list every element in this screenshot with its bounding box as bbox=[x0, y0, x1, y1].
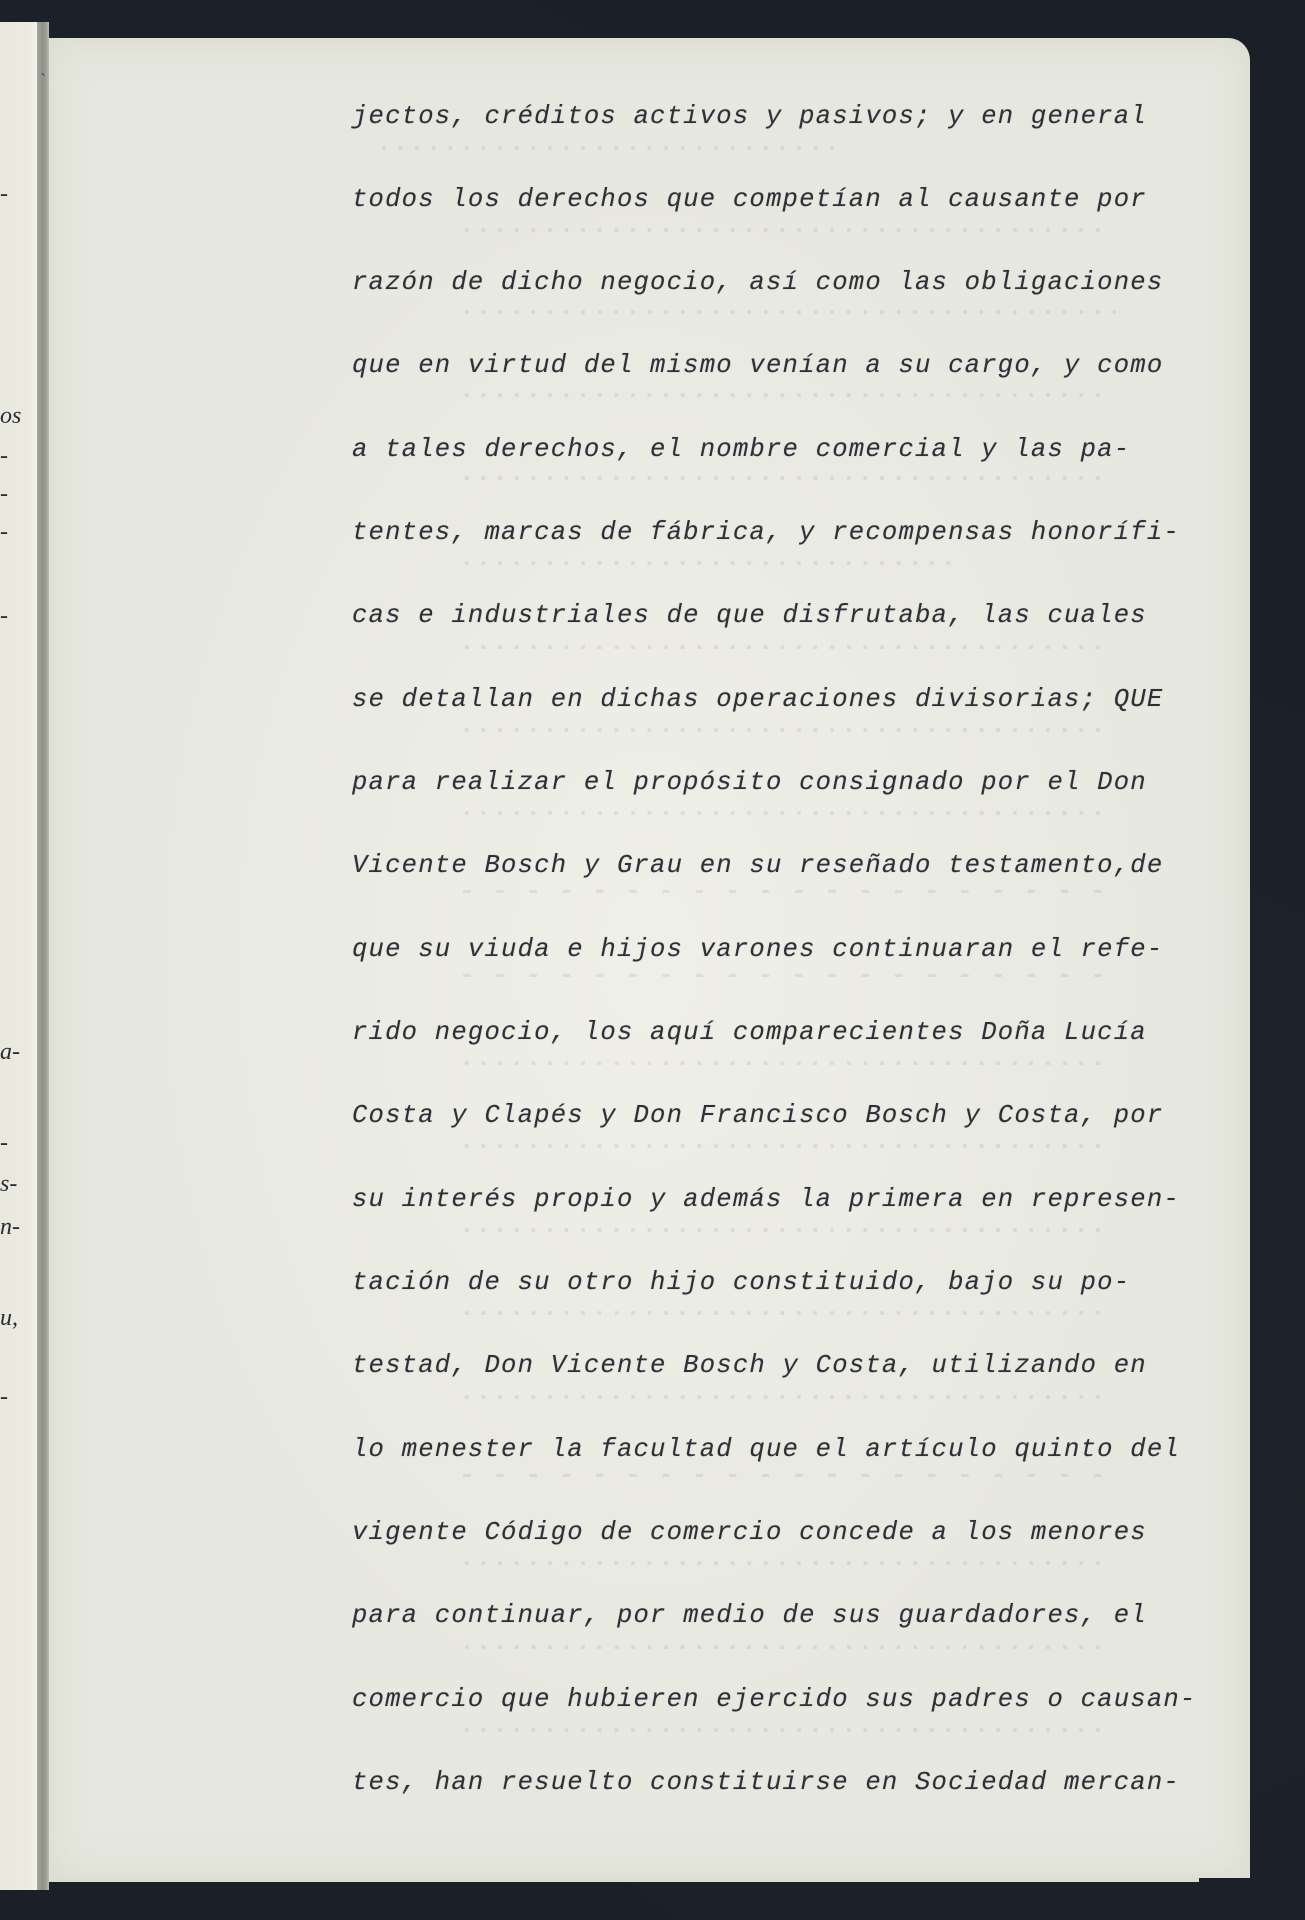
corner-mark: ˋ bbox=[40, 70, 46, 91]
margin-fragment: - bbox=[0, 182, 8, 206]
text-line: Vicente Bosch y Grau en su reseñado test… bbox=[352, 853, 1163, 879]
text-line: para realizar el propósito consignado po… bbox=[352, 770, 1147, 796]
text-line: testad, Don Vicente Bosch y Costa, utili… bbox=[352, 1353, 1147, 1379]
text-line: rido negocio, los aquí comparecientes Do… bbox=[352, 1020, 1147, 1046]
margin-fragment: - bbox=[0, 1131, 8, 1155]
text-line: todos los derechos que competían al caus… bbox=[352, 187, 1147, 213]
binding-gutter bbox=[37, 22, 49, 1890]
margin-fragment: - bbox=[0, 520, 8, 544]
margin-fragment: - bbox=[0, 1385, 8, 1409]
text-line: comercio que hubieren ejercido sus padre… bbox=[352, 1687, 1197, 1713]
margin-fragment: - bbox=[0, 604, 8, 628]
text-line: tentes, marcas de fábrica, y recompensas… bbox=[352, 520, 1180, 546]
page-bottom-edge bbox=[49, 1876, 1199, 1882]
text-line: que en virtud del mismo venían a su carg… bbox=[352, 353, 1163, 379]
text-line: vigente Código de comercio concede a los… bbox=[352, 1520, 1147, 1546]
text-line: tes, han resuelto constituirse en Socied… bbox=[352, 1770, 1180, 1796]
text-line: para continuar, por medio de sus guardad… bbox=[352, 1603, 1147, 1629]
margin-fragment: s- bbox=[0, 1172, 17, 1196]
margin-fragment: - bbox=[0, 482, 8, 506]
text-line: tación de su otro hijo constituido, bajo… bbox=[352, 1270, 1130, 1296]
margin-fragment: n- bbox=[0, 1215, 20, 1239]
text-line: Costa y Clapés y Don Francisco Bosch y C… bbox=[352, 1103, 1163, 1129]
margin-fragment: u, bbox=[0, 1306, 18, 1330]
text-line: su interés propio y además la primera en… bbox=[352, 1187, 1180, 1213]
text-line: lo menester la facultad que el artículo … bbox=[352, 1437, 1180, 1463]
previous-page-edge: - os - - - - a- - s- n- u, - bbox=[0, 22, 37, 1890]
text-line: a tales derechos, el nombre comercial y … bbox=[352, 437, 1130, 463]
text-line: que su viuda e hijos varones continuaran… bbox=[352, 937, 1163, 963]
text-line: razón de dicho negocio, así como las obl… bbox=[352, 270, 1163, 296]
text-line: se detallan en dichas operaciones diviso… bbox=[352, 687, 1163, 713]
text-line: cas e industriales de que disfrutaba, la… bbox=[352, 603, 1147, 629]
text-line: jectos, créditos activos y pasivos; y en… bbox=[352, 104, 1147, 130]
margin-fragment: os bbox=[0, 404, 21, 428]
margin-fragment: a- bbox=[0, 1040, 20, 1064]
margin-fragment: - bbox=[0, 444, 8, 468]
